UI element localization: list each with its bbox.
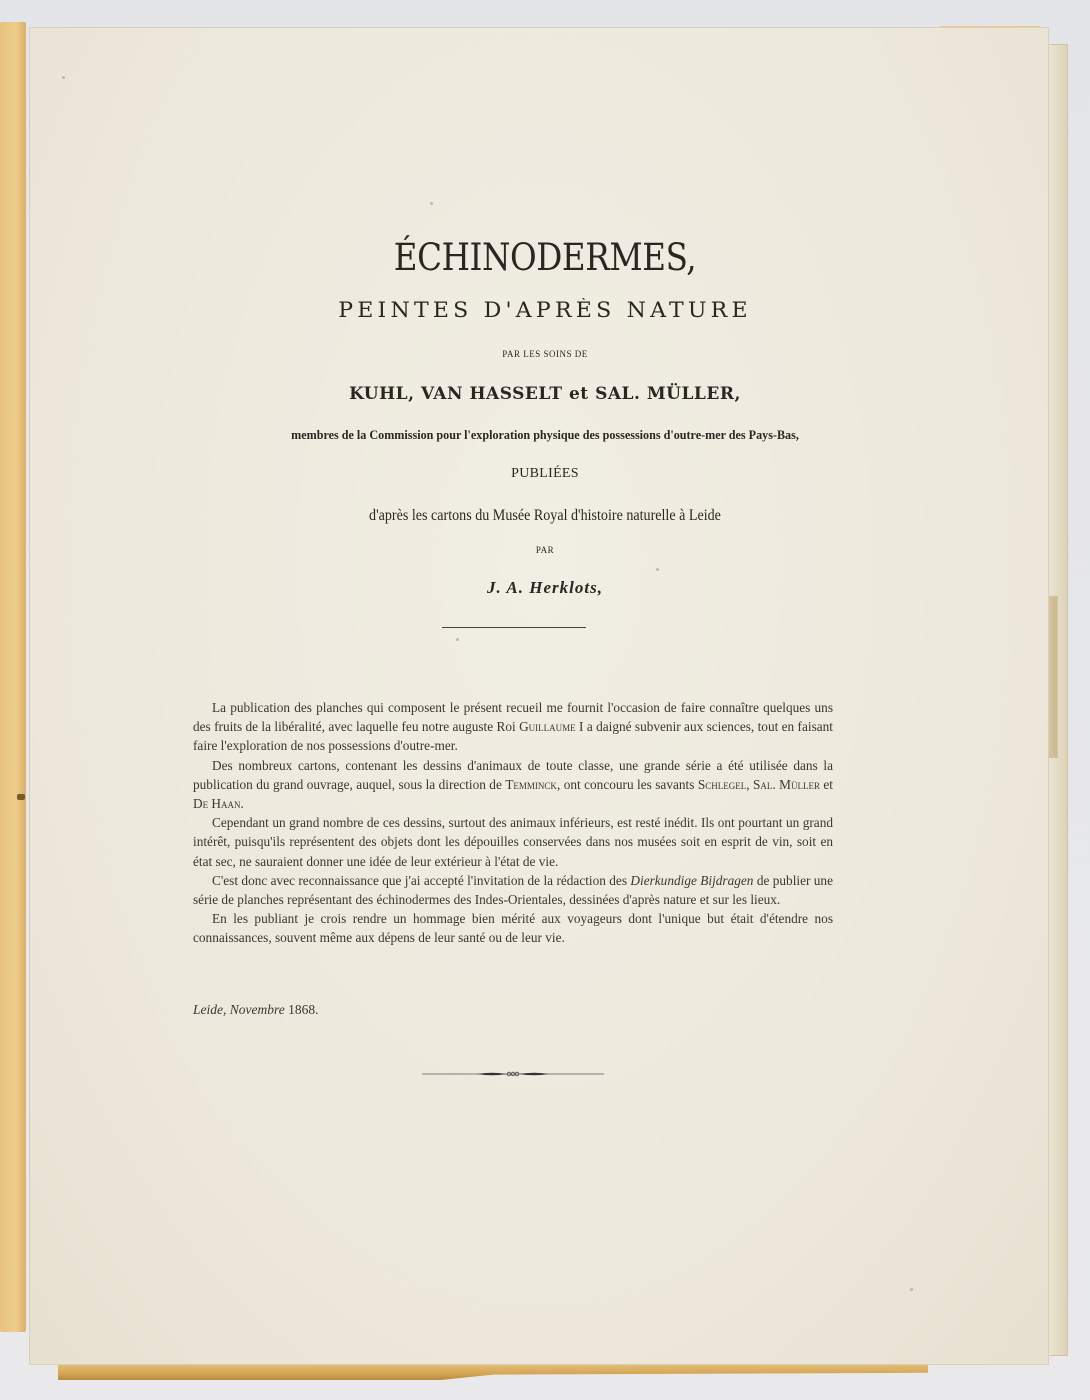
journal-title: Dierkundige Bijdragen bbox=[630, 873, 753, 888]
preface-paragraph-2: Des nombreux cartons, contenant les dess… bbox=[193, 756, 833, 814]
paper-fleck bbox=[62, 76, 65, 79]
editor-name: J. A. Herklots, bbox=[0, 578, 1090, 598]
signoff-place-date: Leide, Novembre bbox=[193, 1002, 285, 1017]
paper-fleck bbox=[656, 568, 659, 571]
signoff: Leide, Novembre 1868. bbox=[193, 1002, 318, 1018]
title-page bbox=[30, 28, 1048, 1364]
authors-affiliation: membres de la Commission pour l'explorat… bbox=[16, 428, 1073, 443]
preface-paragraph-4: C'est donc avec reconnaissance que j'ai … bbox=[193, 871, 833, 909]
name-guillaume: Guillaume bbox=[519, 719, 576, 734]
paper-fleck bbox=[430, 202, 433, 205]
par-les-soins-de: PAR LES SOINS DE bbox=[0, 349, 1090, 359]
name-schlegel: Schlegel bbox=[698, 777, 746, 792]
name-de-haan: De Haan bbox=[193, 796, 241, 811]
par-label: PAR bbox=[0, 545, 1090, 555]
page-title: ÉCHINODERMES, bbox=[65, 236, 1024, 279]
name-temminck: Temminck bbox=[505, 777, 557, 792]
preface-paragraph-3: Cependant un grand nombre de ces dessins… bbox=[193, 813, 833, 871]
divider-rule bbox=[442, 627, 586, 628]
book-cover-left-edge bbox=[0, 22, 26, 1332]
name-muller: Sal. Müller bbox=[753, 777, 820, 792]
cover-tear bbox=[17, 794, 25, 800]
preface-paragraph-1: La publication des planches qui composen… bbox=[193, 698, 833, 756]
authors: KUHL, VAN HASSELT et SAL. MÜLLER, bbox=[0, 384, 1090, 404]
signoff-year: 1868. bbox=[285, 1002, 319, 1017]
page-subtitle: PEINTES D'APRÈS NATURE bbox=[0, 298, 1090, 322]
preface-paragraph-5: En les publiant je crois rendre un homma… bbox=[193, 909, 833, 947]
ornament-divider-icon bbox=[422, 1070, 604, 1078]
publiees-heading: PUBLIÉES bbox=[0, 466, 1090, 482]
preface-text: La publication des planches qui composen… bbox=[193, 698, 833, 948]
source-line: d'après les cartons du Musée Royal d'his… bbox=[65, 507, 1024, 525]
paper-fleck bbox=[910, 1288, 913, 1291]
paper-fleck bbox=[456, 638, 459, 641]
